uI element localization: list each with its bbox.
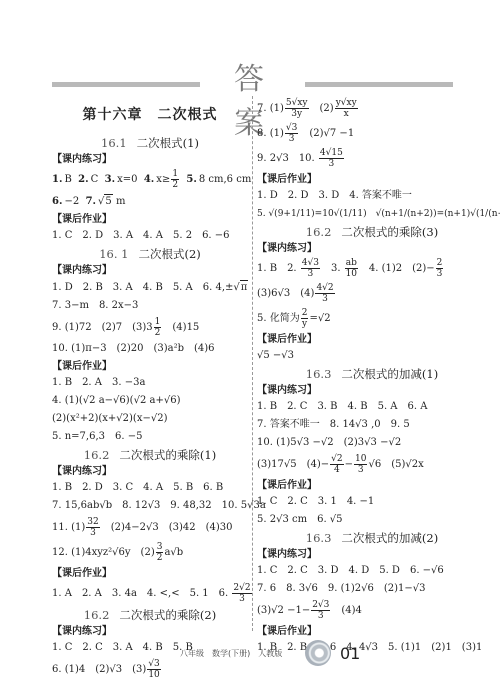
answer-row: 8. (1)√33 (2)√7 −1	[257, 123, 487, 144]
fraction: 12	[171, 169, 179, 190]
after-class-label: 【课后作业】	[257, 333, 487, 347]
answer-row: 7. 6 8. 3√6 9. (1)2√6 (2)1−√3	[257, 582, 487, 596]
right-column: 7. (1)5√xy3y (2)y√xyx 8. (1)√33 (2)√7 −1…	[257, 96, 487, 659]
answer-row: 1. A 2. A 3. 4a 4. <,< 5. 1 6. 2√23	[52, 583, 248, 604]
column-divider	[252, 96, 253, 631]
answer-row: 1. B 2. C 3. B 4. B 5. A 6. A	[257, 400, 487, 414]
after-class-label: 【课后作业】	[52, 213, 248, 227]
after-class-label: 【课后作业】	[257, 479, 487, 493]
answer-row: 6.−2 7.√5 m	[52, 194, 248, 209]
fraction: 4√153	[319, 148, 344, 169]
fraction: 2√23	[232, 583, 251, 604]
fraction: 12	[154, 317, 162, 338]
answer-row: 7. 15,6ab√b 8. 12√3 9. 48,32 10. 5√3a	[52, 499, 248, 513]
section-heading: 16.2二次根式的乘除(3)	[257, 225, 487, 239]
answer-row: 4. (1)(√2 a−√6)(√2 a+√6)	[52, 394, 248, 408]
answer-row: 1. B 2. 4√33 3. ab10 4. (1)2 (2)−23	[257, 258, 487, 279]
answer-row: 12. (1)4xyz²√6y (2)32a√b	[52, 542, 248, 563]
after-class-label: 【课后作业】	[52, 360, 248, 374]
section-heading: 16.3二次根式的加减(1)	[257, 367, 487, 381]
in-class-label: 【课内练习】	[257, 384, 487, 398]
answer-row: 1. B 2. A 3. −3a	[52, 376, 248, 390]
answer-row: 7. 答案不唯一 8. 14√3 ,0 9. 5	[257, 418, 487, 432]
fraction: 5√xy3y	[285, 98, 309, 119]
in-class-label: 【课内练习】	[52, 465, 248, 479]
answer-row: 5. n=7,6,3 6. −5	[52, 430, 248, 444]
fraction: 4√23	[315, 283, 334, 304]
fraction: 323	[86, 517, 99, 538]
header-rule-right	[305, 82, 453, 87]
in-class-label: 【课内练习】	[52, 625, 248, 639]
fraction: 23	[436, 258, 444, 279]
fraction: √33	[285, 123, 298, 144]
footer-text: 八年级 数学(下册) 人教版	[180, 648, 282, 659]
answer-row: 1. C 2. C 3. D 4. D 5. D 6. −√6	[257, 564, 487, 578]
answer-row: 5. 2√3 cm 6. √5	[257, 513, 487, 527]
spiral-logo-icon	[305, 640, 331, 666]
section-heading: 16. 1二次根式(2)	[52, 247, 248, 261]
page-footer: 八年级 数学(下册) 人教版 01	[0, 640, 500, 670]
answer-row: 1. C 2. D 3. A 4. A 5. 2 6. −6	[52, 229, 248, 243]
section-heading: 16.2二次根式的乘除(2)	[52, 608, 248, 622]
in-class-label: 【课内练习】	[257, 242, 487, 256]
answer-row: 9. (1)72 (2)7 (3)312 (4)15	[52, 317, 248, 338]
answer-row: 1. C 2. C 3. 1 4. −1	[257, 495, 487, 509]
fraction: 2y	[301, 308, 309, 329]
answer-row: 7. (1)5√xy3y (2)y√xyx	[257, 98, 487, 119]
fraction: √24	[330, 454, 343, 475]
fraction: 103	[354, 454, 367, 475]
chapter-title: 第十六章 二次根式	[52, 108, 248, 122]
answer-row: 1. D 2. D 3. D 4. 答案不唯一	[257, 189, 487, 203]
fraction: ab10	[345, 258, 358, 279]
in-class-label: 【课内练习】	[52, 264, 248, 278]
section-heading: 16.3二次根式的加减(2)	[257, 531, 487, 545]
page-number: 01	[340, 644, 360, 663]
left-column: 第十六章 二次根式 16.1二次根式(1) 【课内练习】 1.B 2.C 3.x…	[52, 100, 248, 679]
answer-row: 10. (1)π−3 (2)20 (3)a²b (4)6	[52, 342, 248, 356]
section-heading: 16.1二次根式(1)	[52, 136, 248, 150]
fraction: 2√33	[311, 600, 330, 621]
answer-row: 5. 化简为2y=√2	[257, 308, 487, 329]
answer-row: 10. (1)5√3 −√2 (2)3√3 −√2	[257, 436, 487, 450]
fraction: 32	[156, 542, 164, 563]
in-class-label: 【课内练习】	[52, 153, 248, 167]
answer-row: 7. 3−m 8. 2x−3	[52, 299, 248, 313]
in-class-label: 【课内练习】	[257, 548, 487, 562]
answer-row: 11. (1)323 (2)4−2√3 (3)42 (4)30	[52, 517, 248, 538]
fraction: y√xyx	[335, 98, 358, 119]
page-header: 答 案	[0, 52, 500, 92]
answer-row: 1. D 2. B 3. A 4. B 5. A 6. 4,±√π	[52, 280, 248, 295]
fraction: 4√33	[301, 258, 320, 279]
answer-row: (3)17√5 (4)−√24−103√6 (5)√2x	[257, 454, 487, 475]
answer-row: 1.B 2.C 3.x=0 4.x≥ 12 5.8 cm,6 cm	[52, 169, 248, 190]
answer-row: 5. √(9+1/11)=10√(1/11) √(n+1/(n+2))=(n+1…	[257, 207, 487, 221]
header-rule-left	[52, 82, 200, 87]
answer-row: (2)(x²+2)(x+√2)(x−√2)	[52, 412, 248, 426]
answer-row: √5 −√3	[257, 349, 487, 363]
after-class-label: 【课后作业】	[52, 567, 248, 581]
answer-row: (3)√2 −1−2√33 (4)4	[257, 600, 487, 621]
section-heading: 16.2二次根式的乘除(1)	[52, 448, 248, 462]
answer-row: 1. B 2. D 3. C 4. A 5. B 6. B	[52, 481, 248, 495]
after-class-label: 【课后作业】	[257, 625, 487, 639]
answer-row: (3)6√3 (4)4√23	[257, 283, 487, 304]
answer-row: 9. 2√3 10. 4√153	[257, 148, 487, 169]
after-class-label: 【课后作业】	[257, 173, 487, 187]
